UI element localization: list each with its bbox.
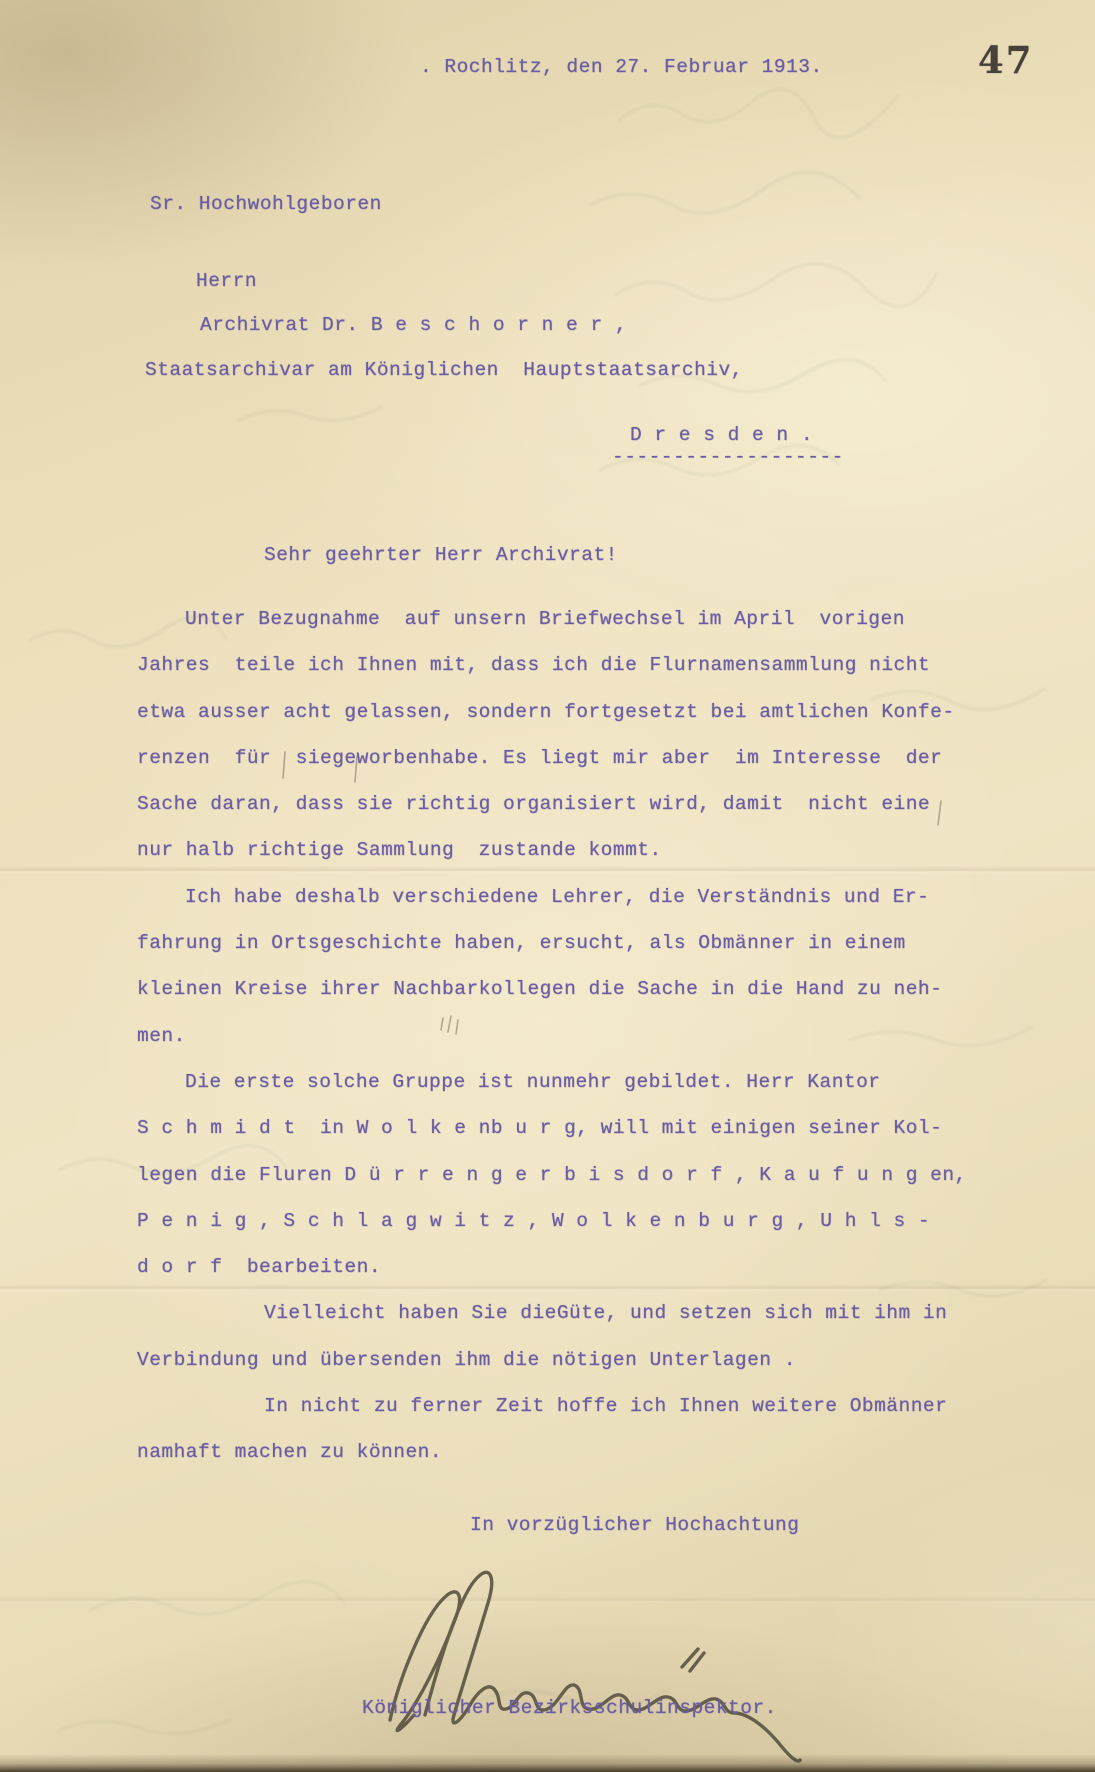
address-office-line: Staatsarchivar am Königlichen Hauptstaat…	[145, 359, 743, 382]
salutation: Sehr geehrter Herr Archivrat!	[264, 544, 618, 567]
body-line: etwa ausser acht gelassen, sondern fortg…	[137, 701, 997, 747]
body-line: d o r f bearbeiten.	[137, 1256, 997, 1302]
body-line: Jahres teile ich Ihnen mit, dass ich die…	[137, 654, 997, 700]
body-line: kleinen Kreise ihrer Nachbarkollegen die…	[137, 978, 997, 1024]
body-line: Verbindung und übersenden ihm die nötige…	[137, 1349, 997, 1395]
body-line: Unter Bezugnahme auf unsern Briefwechsel…	[137, 608, 997, 654]
closing-formula: In vorzüglicher Hochachtung	[470, 1514, 799, 1537]
body-line: namhaft machen zu können.	[137, 1441, 997, 1487]
folio-number: 47	[978, 38, 1034, 82]
body-line: Sache daran, dass sie richtig organisier…	[137, 793, 997, 839]
body-line: S c h m i d t in W o l k e nb u r g, wil…	[137, 1117, 997, 1163]
body-line: men.	[137, 1025, 997, 1071]
address-herrn: Herrn	[196, 270, 257, 293]
body-line: Ich habe deshalb verschiedene Lehrer, di…	[137, 886, 997, 932]
letter-body: Unter Bezugnahme auf unsern Briefwechsel…	[137, 608, 997, 1488]
body-line: renzen für siegeworbenhabe. Es liegt mir…	[137, 747, 997, 793]
body-line: In nicht zu ferner Zeit hoffe ich Ihnen …	[137, 1395, 997, 1441]
dateline: . Rochlitz, den 27. Februar 1913.	[420, 56, 823, 79]
body-line: P e n i g , S c h l a g w i t z , W o l …	[137, 1210, 997, 1256]
address-name-line: Archivrat Dr. B e s c h o r n e r ,	[200, 314, 627, 337]
signature-title: Königlicher Bezirksschulinspektor.	[362, 1697, 777, 1720]
body-line: legen die Fluren D ü r r e n g e r b i s…	[137, 1164, 997, 1210]
body-line: Die erste solche Gruppe ist nunmehr gebi…	[137, 1071, 997, 1117]
address-city: D r e s d e n .	[630, 424, 813, 447]
body-line: fahrung in Ortsgeschichte haben, ersucht…	[137, 932, 997, 978]
body-line: nur halb richtige Sammlung zustande komm…	[137, 839, 997, 885]
letter-page: . Rochlitz, den 27. Februar 1913. 47 Sr.…	[0, 0, 1095, 1772]
signature-area	[330, 1555, 830, 1770]
body-line: Vielleicht haben Sie dieGüte, und setzen…	[137, 1302, 997, 1348]
address-city-underline: -------------------	[612, 446, 844, 469]
handwritten-signature-icon	[330, 1555, 830, 1770]
address-honorific: Sr. Hochwohlgeboren	[150, 193, 382, 216]
